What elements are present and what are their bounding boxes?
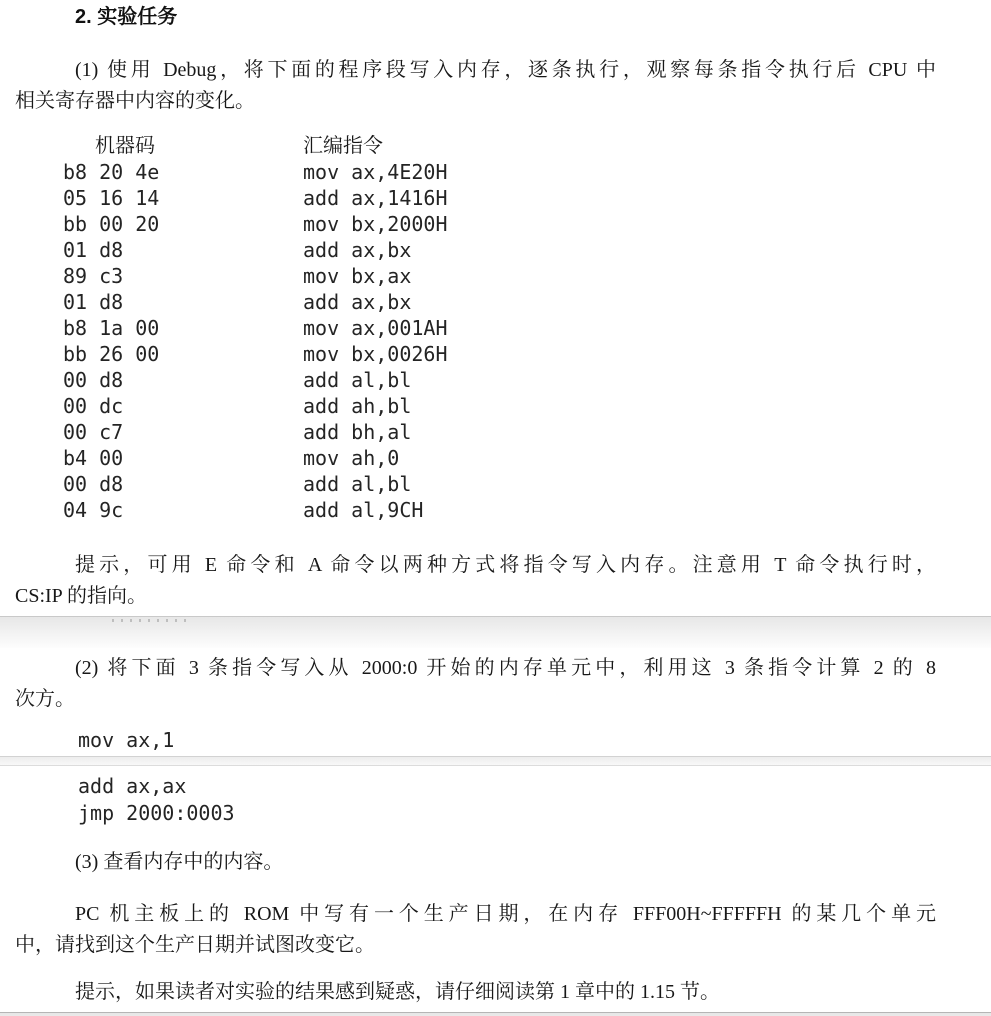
table-row: 01 d8 add ax,bx: [0, 237, 991, 263]
machine-code-cell: 89 c3: [63, 263, 123, 289]
code-line-add-ax-ax: add ax,ax: [78, 773, 991, 800]
table-row: 89 c3 mov bx,ax: [0, 263, 991, 289]
machine-code-cell: 00 d8: [63, 471, 123, 497]
bottom-page-edge: [0, 1012, 991, 1016]
machine-code-cell: 00 c7: [63, 419, 123, 445]
assembly-cell: mov ax,4E20H: [303, 159, 448, 185]
assembly-cell: add ah,bl: [303, 393, 411, 419]
assembly-cell: mov bx,2000H: [303, 211, 448, 237]
code-line-mov-ax-1: mov ax,1: [78, 728, 991, 752]
table-row: bb 00 20 mov bx,2000H: [0, 211, 991, 237]
table-row: 05 16 14 add ax,1416H: [0, 185, 991, 211]
assembly-cell: add al,bl: [303, 367, 411, 393]
table-row: 01 d8 add ax,bx: [0, 289, 991, 315]
table-row: 00 c7 add bh,al: [0, 419, 991, 445]
assembly-cell: mov bx,ax: [303, 263, 411, 289]
machine-code-cell: bb 26 00: [63, 341, 159, 367]
column-header-machine-code: 机器码: [95, 133, 155, 159]
table-row: b4 00 mov ah,0: [0, 445, 991, 471]
table-header-row: 机器码 汇编指令: [0, 133, 991, 159]
assembly-cell: add ax,1416H: [303, 185, 448, 211]
machine-code-cell: bb 00 20: [63, 211, 159, 237]
machine-code-cell: 05 16 14: [63, 185, 159, 211]
machine-code-cell: 01 d8: [63, 237, 123, 263]
paragraph-task3: (3) 查看内存中的内容。: [15, 847, 936, 878]
document-page: 2. 实验任务 (1) 使用 Debug，将下面的程序段写入内存，逐条执行，观察…: [0, 5, 991, 1016]
assembly-cell: mov ax,001AH: [303, 315, 448, 341]
table-row: bb 26 00 mov bx,0026H: [0, 341, 991, 367]
assembly-cell: add al,bl: [303, 471, 411, 497]
assembly-cell: add bh,al: [303, 419, 411, 445]
paragraph-rom-line2: 中，请找到这个生产日期并试图改变它。: [15, 930, 936, 961]
machine-code-cell: 00 d8: [63, 367, 123, 393]
section-heading: 2. 实验任务: [75, 5, 936, 29]
page-break-shadow: [0, 616, 991, 648]
machine-code-table: 机器码 汇编指令 b8 20 4e mov ax,4E20H 05 16 14 …: [0, 133, 991, 523]
hint-final: 提示，如果读者对实验的结果感到疑惑，请仔细阅读第 1 章中的 1.15 节。: [15, 979, 936, 1005]
scan-artifact: [112, 619, 190, 622]
column-header-assembly: 汇编指令: [303, 133, 383, 159]
paragraph-rom-line1: PC 机主板上的 ROM 中写有一个生产日期，在内存 FFF00H~FFFFFH…: [15, 899, 936, 930]
scan-gap-band: [0, 756, 991, 766]
assembly-cell: add ax,bx: [303, 237, 411, 263]
machine-code-cell: 00 dc: [63, 393, 123, 419]
machine-code-cell: 04 9c: [63, 497, 123, 523]
code-block-task2: add ax,ax jmp 2000:0003: [0, 773, 991, 827]
table-row: 00 d8 add al,bl: [0, 367, 991, 393]
paragraph-task1-line1: (1) 使用 Debug，将下面的程序段写入内存，逐条执行，观察每条指令执行后 …: [15, 55, 936, 86]
table-row: b8 1a 00 mov ax,001AH: [0, 315, 991, 341]
code-line-jmp: jmp 2000:0003: [78, 800, 991, 827]
hint-task1-line1: 提示，可用 E 命令和 A 命令以两种方式将指令写入内存。注意用 T 命令执行时…: [15, 550, 936, 581]
assembly-cell: add al,9CH: [303, 497, 423, 523]
paragraph-task2-line2: 次方。: [15, 684, 936, 715]
table-row: 04 9c add al,9CH: [0, 497, 991, 523]
machine-code-cell: b4 00: [63, 445, 123, 471]
hint-task1-line2: CS:IP 的指向。: [15, 581, 936, 612]
paragraph-task1-line2: 相关寄存器中内容的变化。: [15, 86, 936, 117]
machine-code-cell: 01 d8: [63, 289, 123, 315]
machine-code-cell: b8 20 4e: [63, 159, 159, 185]
assembly-cell: add ax,bx: [303, 289, 411, 315]
table-row: 00 d8 add al,bl: [0, 471, 991, 497]
assembly-cell: mov bx,0026H: [303, 341, 448, 367]
machine-code-cell: b8 1a 00: [63, 315, 159, 341]
paragraph-task2-line1: (2) 将下面 3 条指令写入从 2000:0 开始的内存单元中，利用这 3 条…: [15, 653, 936, 684]
table-row: b8 20 4e mov ax,4E20H: [0, 159, 991, 185]
table-row: 00 dc add ah,bl: [0, 393, 991, 419]
assembly-cell: mov ah,0: [303, 445, 399, 471]
